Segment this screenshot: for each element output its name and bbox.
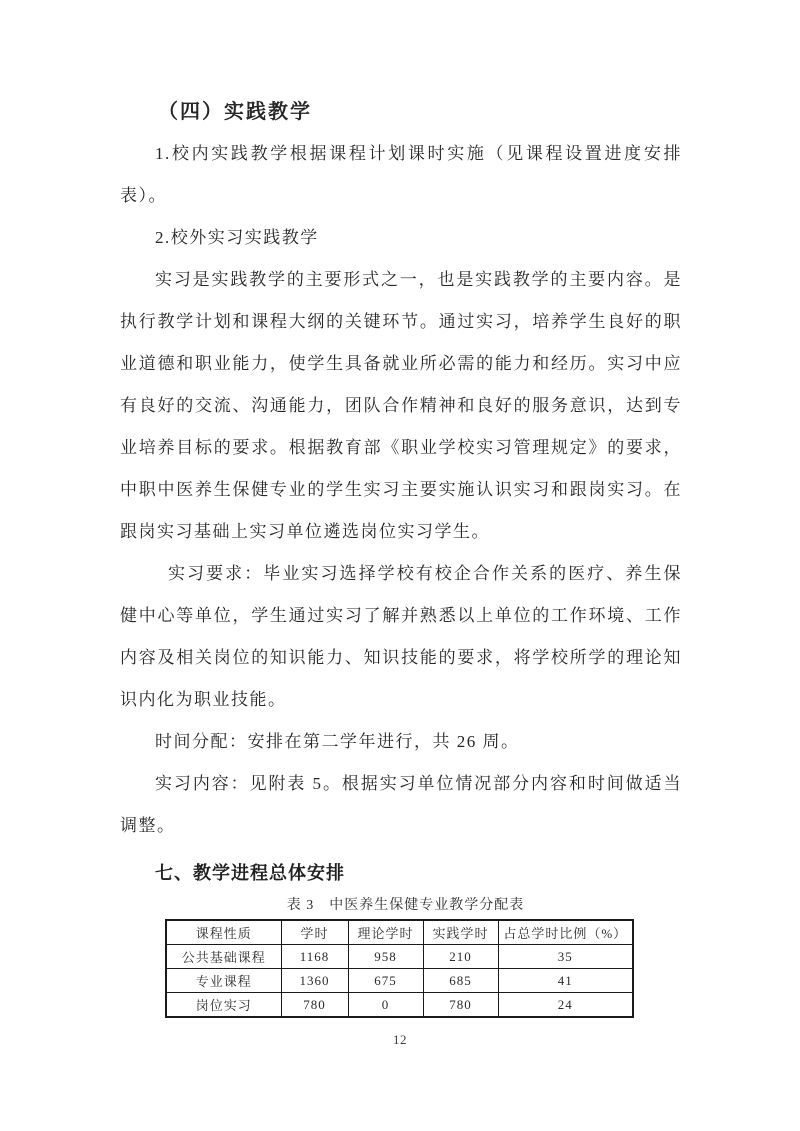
header-theory-hours: 理论学时 (348, 920, 423, 945)
table-header-row: 课程性质 学时 理论学时 实践学时 占总学时比例（%） (166, 920, 633, 945)
header-course-nature: 课程性质 (166, 920, 281, 945)
page-number: 12 (0, 1032, 800, 1048)
cell-course-nature: 岗位实习 (166, 993, 281, 1018)
paragraph-internship-requirements: 实习要求：毕业实习选择学校有校企合作关系的医疗、养生保健中心等单位，学生通过实习… (120, 553, 682, 721)
header-total-hours: 学时 (281, 920, 348, 945)
header-practice-hours: 实践学时 (423, 920, 498, 945)
cell-course-nature: 公共基础课程 (166, 945, 281, 969)
cell-total-hours: 1168 (281, 945, 348, 969)
paragraph-campus-practice: 1.校内实践教学根据课程计划课时实施（见课程设置进度安排表）。 (120, 133, 682, 217)
section-heading: （四）实践教学 (120, 91, 682, 133)
header-percentage: 占总学时比例（%） (498, 920, 633, 945)
table-row: 公共基础课程 1168 958 210 35 (166, 945, 633, 969)
paragraph-time-allocation: 时间分配：安排在第二学年进行，共 26 周。 (120, 721, 682, 763)
chapter-heading: 七、教学进程总体安排 (120, 855, 682, 891)
cell-percentage: 24 (498, 993, 633, 1018)
paragraph-internship-content: 实习内容：见附表 5。根据实习单位情况部分内容和时间做适当调整。 (120, 763, 682, 847)
cell-theory-hours: 958 (348, 945, 423, 969)
cell-theory-hours: 0 (348, 993, 423, 1018)
paragraph-offcampus-heading: 2.校外实习实践教学 (120, 217, 682, 259)
table-row: 专业课程 1360 675 685 41 (166, 969, 633, 993)
cell-practice-hours: 685 (423, 969, 498, 993)
document-page: （四）实践教学 1.校内实践教学根据课程计划课时实施（见课程设置进度安排表）。 … (0, 0, 800, 1131)
page-content: （四）实践教学 1.校内实践教学根据课程计划课时实施（见课程设置进度安排表）。 … (120, 91, 682, 1018)
cell-total-hours: 780 (281, 993, 348, 1018)
cell-total-hours: 1360 (281, 969, 348, 993)
cell-percentage: 35 (498, 945, 633, 969)
table-caption: 表 3 中医养生保健专业教学分配表 (172, 897, 639, 915)
cell-practice-hours: 780 (423, 993, 498, 1018)
cell-percentage: 41 (498, 969, 633, 993)
cell-course-nature: 专业课程 (166, 969, 281, 993)
cell-practice-hours: 210 (423, 945, 498, 969)
cell-theory-hours: 675 (348, 969, 423, 993)
paragraph-internship-overview: 实习是实践教学的主要形式之一，也是实践教学的主要内容。是执行教学计划和课程大纲的… (120, 259, 682, 553)
table-row: 岗位实习 780 0 780 24 (166, 993, 633, 1018)
teaching-allocation-table: 课程性质 学时 理论学时 实践学时 占总学时比例（%） 公共基础课程 1168 … (165, 919, 634, 1018)
